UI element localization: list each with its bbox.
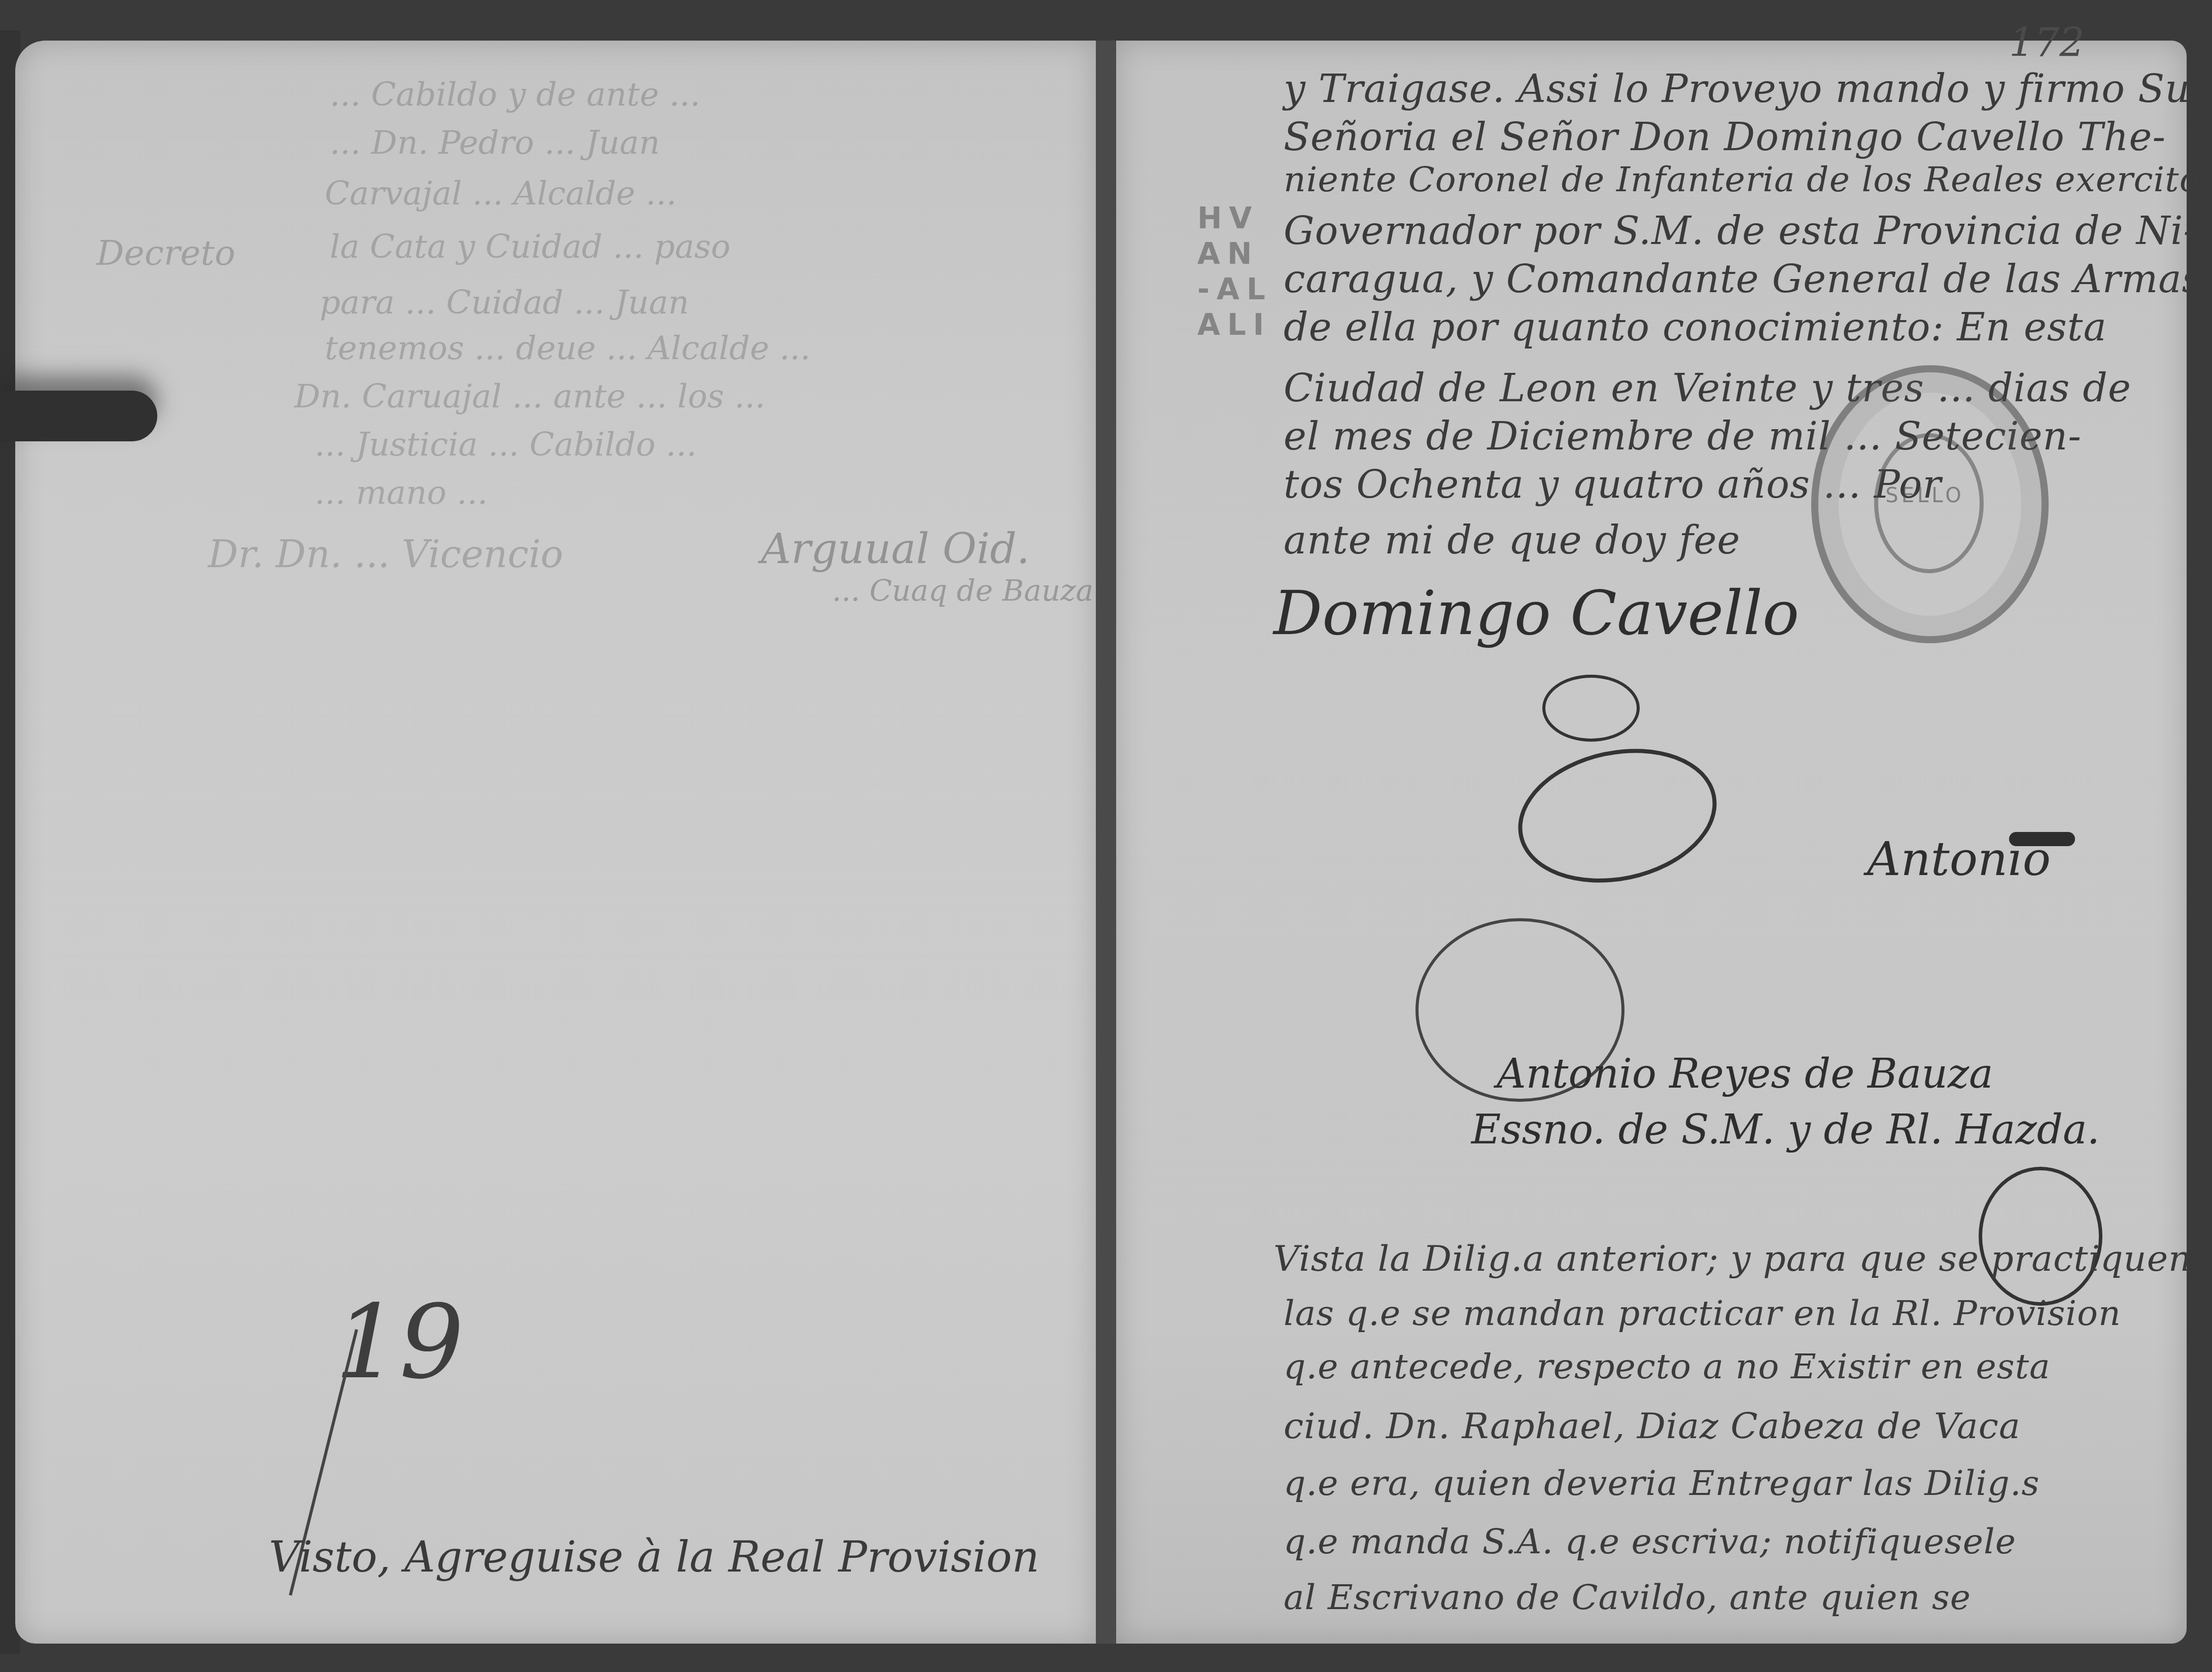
text-line: Governador por S.M. de esta Provincia de… bbox=[1284, 208, 2197, 253]
text-line: ante mi de que doy fee bbox=[1284, 517, 1741, 563]
signature-flourish-icon bbox=[1542, 675, 1640, 742]
bleed-through-line: ... Justicia ... Cabildo ... bbox=[315, 426, 697, 464]
seal-text: SELLO bbox=[1839, 484, 2011, 507]
text-line: Señoria el Señor Don Domingo Cavello The… bbox=[1284, 114, 2166, 159]
official-seal-icon: SELLO bbox=[1811, 365, 2049, 643]
text-line: y Traigase. Assi lo Proveyo mando y firm… bbox=[1284, 66, 2190, 111]
bleed-through-line: tenemos ... deue ... Alcalde ... bbox=[325, 330, 811, 367]
signature-cavello: Domingo Cavello bbox=[1273, 578, 1799, 649]
notary-title: Essno. de S.M. y de Rl. Hazda. bbox=[1471, 1106, 2100, 1153]
decree-line: q.e era, quien deveria Entregar las Dili… bbox=[1284, 1464, 2040, 1504]
bleed-through-line: Dn. Caruajal ... ante ... los ... bbox=[294, 378, 765, 415]
bleed-through-line: ... Cabildo y de ante ... bbox=[330, 76, 700, 114]
decree-line: q.e antecede, respecto a no Existir en e… bbox=[1284, 1347, 2051, 1387]
left-page bbox=[15, 41, 1096, 1644]
book-gutter bbox=[1096, 41, 1116, 1644]
decree-line: al Escrivano de Cavildo, ante quien se bbox=[1284, 1578, 1971, 1618]
decree-line: Vista la Dilig.a anterior; y para que se… bbox=[1273, 1238, 2192, 1279]
folio-number: 172 bbox=[2009, 20, 2085, 66]
faint-signature-line: Arguual Oid. bbox=[761, 525, 1030, 573]
bleed-through-line: ... Dn. Pedro ... Juan bbox=[330, 124, 660, 162]
ink-blot bbox=[2009, 832, 2075, 846]
text-line: de ella por quanto conocimiento: En esta bbox=[1284, 304, 2107, 350]
decree-line: las q.e se mandan practicar en la Rl. Pr… bbox=[1284, 1294, 2121, 1334]
margin-note: Decreto bbox=[96, 233, 235, 273]
rubric-flourish-icon bbox=[1979, 1167, 2102, 1306]
faint-signature-line: Dr. Dn. ... Vicencio bbox=[208, 533, 563, 576]
bleed-through-line: la Cata y Cuidad ... paso bbox=[330, 228, 731, 266]
faint-signature-line: ... Cuaq de Bauza bbox=[832, 573, 1093, 608]
visto-text: Visto, Agreguise à la Real Provision bbox=[269, 1532, 1040, 1582]
decree-line: ciud. Dn. Raphael, Diaz Cabeza de Vaca bbox=[1284, 1405, 2021, 1447]
notary-name: Antonio Reyes de Bauza bbox=[1497, 1050, 1993, 1097]
bleed-through-line: para ... Cuidad ... Juan bbox=[320, 284, 689, 322]
bleed-through-line: Carvajal ... Alcalde ... bbox=[325, 175, 677, 213]
page-clip bbox=[0, 391, 157, 441]
text-line: niente Coronel de Infanteria de los Real… bbox=[1284, 160, 2212, 200]
text-line: caragua, y Comandante General de las Arm… bbox=[1284, 256, 2202, 301]
decree-line: q.e manda S.A. q.e escriva; notifiquesel… bbox=[1284, 1522, 2016, 1562]
bleed-through-line: ... mano ... bbox=[315, 474, 488, 512]
